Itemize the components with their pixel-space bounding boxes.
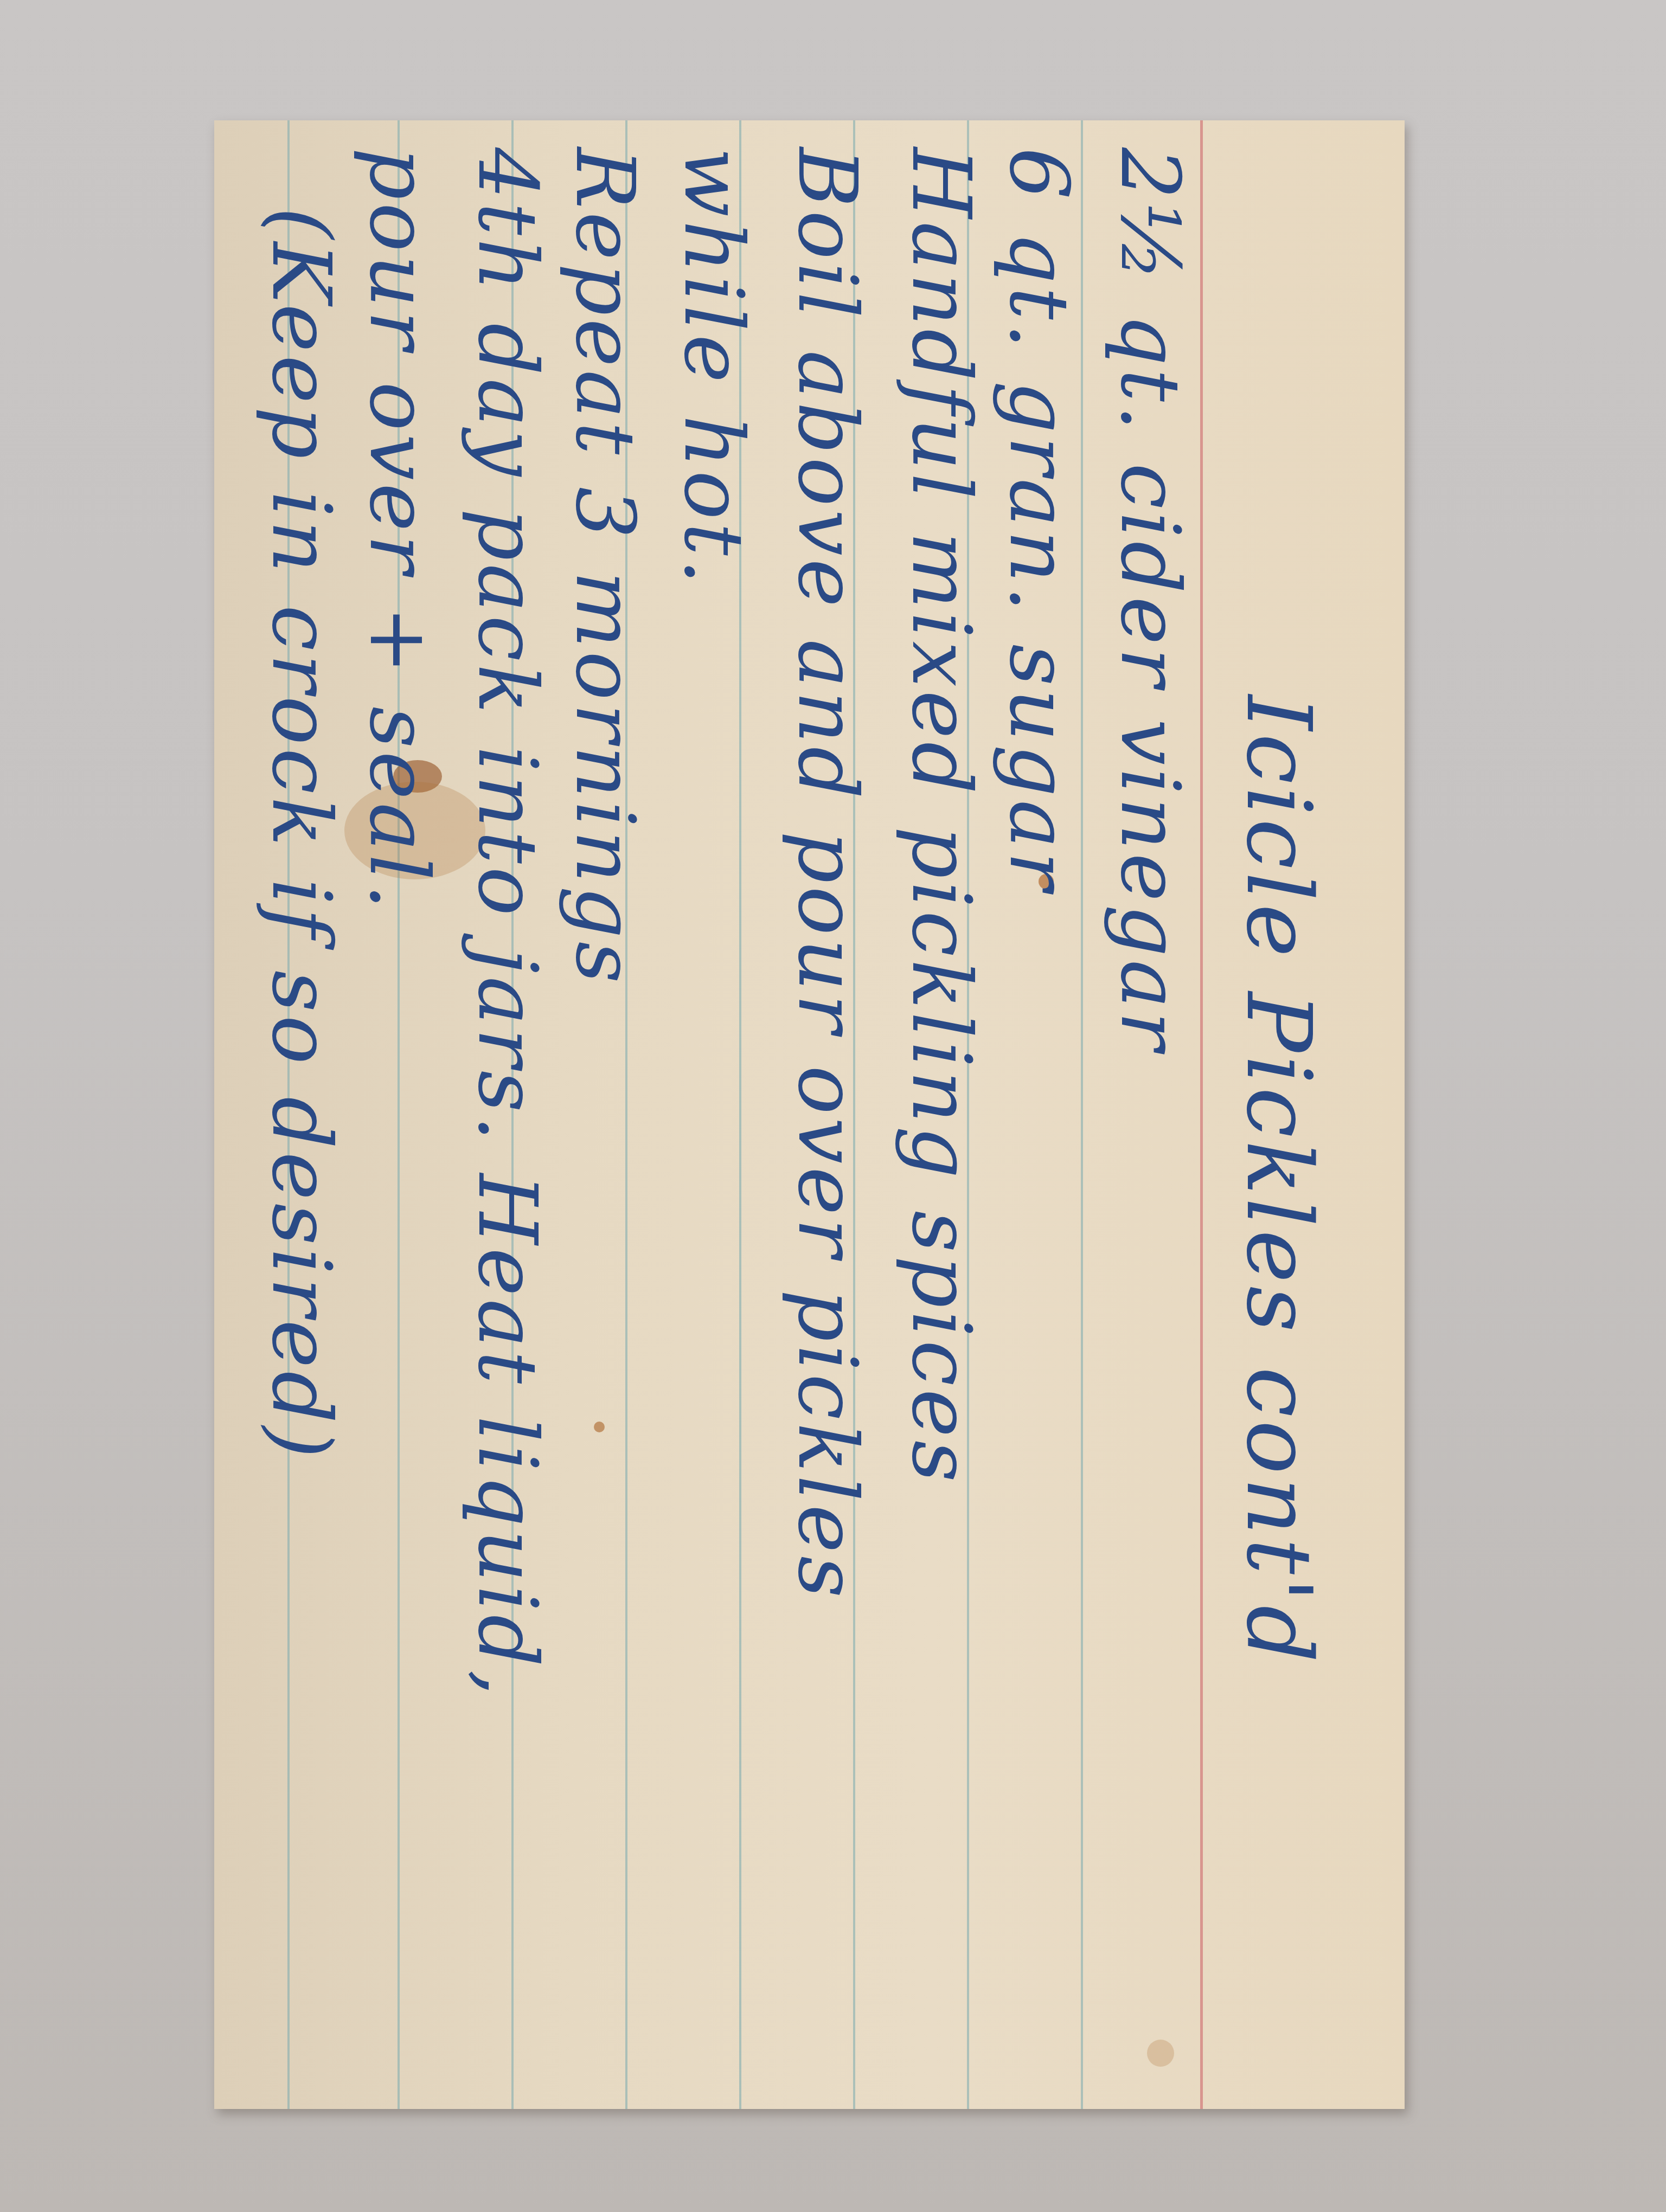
card-title: Icicle Pickles cont'd <box>1234 695 1323 1666</box>
recipe-line-2: 6 qt. gran. sugar <box>998 147 1079 894</box>
recipe-line-4: Boil above and pour over pickles <box>786 147 868 1601</box>
recipe-line-6: Repeat 3 mornings <box>564 147 645 986</box>
recipe-line-8: pour over + seal. <box>358 147 439 913</box>
recipe-card: Icicle Pickles cont'd 2½ qt. cider vineg… <box>214 120 1405 2109</box>
recipe-line-7: 4th day pack into jars. Heat liquid, <box>466 147 548 1699</box>
recipe-line-9: (Keep in crock if so desired) <box>260 207 342 1462</box>
handwritten-text: Icicle Pickles cont'd 2½ qt. cider vineg… <box>214 120 1405 2109</box>
recipe-line-1: 2½ qt. cider vinegar <box>1109 147 1190 1054</box>
recipe-line-3: Handful mixed pickling spices <box>900 147 982 1486</box>
recipe-line-5: while hot. <box>672 147 754 588</box>
